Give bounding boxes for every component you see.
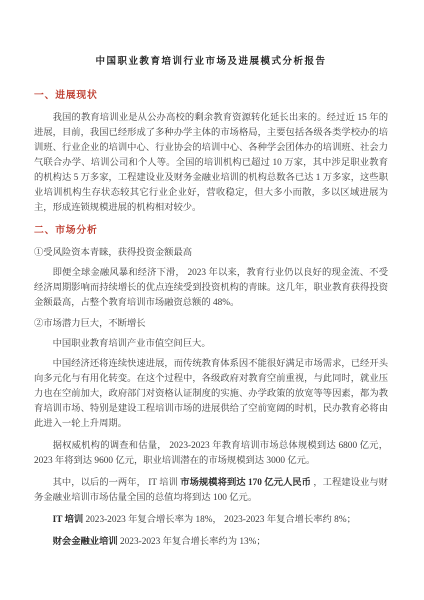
para-economy-growth: 中国经济还将连续快速进展，而传统教育体系因不能很好满足市场需求，已经开头向多元化…: [34, 357, 388, 432]
para-it-training-forecast: 其中，以后的一两年， IT 培训 市场规模将到达 170 亿元人民币 ，工程建设…: [34, 476, 388, 506]
para-industry-overview: 我国的教育培训业是从公办高校的剩余教育资源转化延长出来的。经过近 15 年的进展…: [34, 111, 388, 216]
para-it-cagr: IT 培训 2023-2023 年复合增长率为 18%， 2023-2023 年…: [34, 513, 388, 528]
para-finance-cagr-value: 2023-2023 年复合增长率约为 13%；: [118, 537, 266, 547]
subheading-market-potential: ②市场潜力巨大，不断增长: [34, 317, 388, 332]
para-finance-cagr-label: 财会金融业培训: [53, 537, 118, 547]
doc-title: 中国职业教育培训行业市场及进展模式分析报告: [34, 56, 388, 68]
para-market-size-estimate: 据权威机构的调查和估量， 2023-2023 年教育培训市场总体规模到达 680…: [34, 439, 388, 469]
para-it-cagr-value: 2023-2023 年复合增长率为 18%， 2023-2023 年复合增长率约…: [83, 515, 356, 525]
para-it-cagr-label: IT 培训: [53, 515, 84, 525]
section-heading-development-status: 一、进展现状: [34, 89, 388, 102]
para-it-training-forecast-lead: 其中，以后的一两年， IT 培训: [53, 478, 181, 488]
para-vc-investment: 即便全球金融风暴和经济下滑， 2023 年以来，教育行业仍以良好的现金流、不受经…: [34, 266, 388, 311]
para-market-value: 中国职业教育培训产业市值空间巨大。: [34, 337, 388, 352]
para-finance-cagr: 财会金融业培训 2023-2023 年复合增长率约为 13%；: [34, 535, 388, 550]
section-heading-market-analysis: 二、市场分析: [34, 224, 388, 237]
para-it-training-forecast-bold: 市场规模将到达 170 亿元人民币: [180, 478, 311, 488]
document-page: 中国职业教育培训行业市场及进展模式分析报告 一、进展现状 我国的教育培训业是从公…: [0, 0, 424, 600]
subheading-vc-favor: ①受风险资本青睐，获得投资金额最高: [34, 246, 388, 261]
